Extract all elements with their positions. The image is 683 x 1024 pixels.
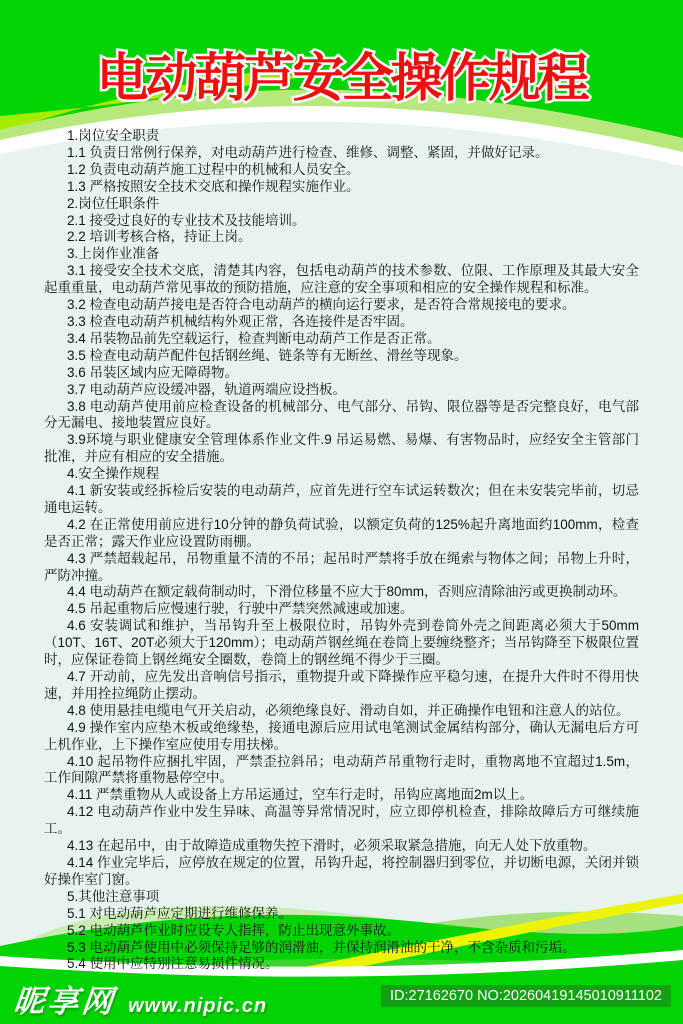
regulation-paragraph: 3.7 电动葫芦应设缓冲器，轨道两端应设挡板。 — [44, 382, 639, 399]
nipic-logo: 昵享网 — [12, 976, 119, 1021]
regulation-paragraph: 4.13 在起吊中，由于故障造成重物失控下滑时，必须采取紧急措施，向无人处下放重… — [44, 838, 639, 855]
regulation-paragraph: 5.2 电动葫芦作业时应设专人指挥，防止出现意外事故。 — [44, 923, 639, 940]
regulation-paragraph: 4.6 安装调试和维护，当吊钩升至上极限位时，吊钩外壳到卷筒外壳之间距离必须大于… — [44, 618, 639, 669]
regulation-paragraph: 4.4 电动葫芦在额定载荷制动时，下滑位移量不应大于80mm，否则应清除油污或更… — [44, 584, 639, 601]
regulation-paragraph: 4.11 严禁重物从人或设备上方吊运通过，空车行走时，吊钩应离地面2m以上。 — [44, 787, 639, 804]
nipic-url: www.nipic.cn — [128, 995, 267, 1018]
regulation-paragraph: 4.8 使用悬挂电缆电气开关启动，必须绝缘良好、滑动自如，并正确操作电钮和注意人… — [44, 703, 639, 720]
regulation-paragraph: 4.3 严禁超载起吊，吊物重量不清的不吊；起吊时严禁将手放在绳索与物体之间；吊物… — [44, 551, 639, 585]
safety-regulations-poster: 电动葫芦安全操作规程 1.岗位安全职责1.1 负责日常例行保养，对电动葫芦进行检… — [0, 0, 683, 1024]
regulation-paragraph: 3.4 吊装物品前先空载运行，检查判断电动葫芦工作是否正常。 — [44, 331, 639, 348]
regulation-paragraph: 2.2 培训考核合格，持证上岗。 — [44, 229, 639, 246]
regulation-paragraph: 4.2 在正常使用前应进行10分钟的静负荷试验，以额定负荷的125%起升离地面约… — [44, 517, 639, 551]
regulation-paragraph: 1.3 严格按照安全技术交底和操作规程实施作业。 — [44, 179, 639, 196]
regulation-paragraph: 4.5 吊起重物后应慢速行驶，行驶中严禁突然减速或加速。 — [44, 601, 639, 618]
regulation-paragraph: 3.5 检查电动葫芦配件包括钢丝绳、链条等有无断丝、滑丝等现象。 — [44, 348, 639, 365]
regulation-paragraph: 2.岗位任职条件 — [44, 196, 639, 213]
regulation-paragraph: 3.2 检查电动葫芦接电是否符合电动葫芦的横向运行要求，是否符合常规接电的要求。 — [44, 297, 639, 314]
regulation-paragraph: 3.6 吊装区域内应无障碍物。 — [44, 365, 639, 382]
regulation-paragraph: 1.1 负责日常例行保养，对电动葫芦进行检查、维修、调整、紧固，并做好记录。 — [44, 145, 639, 162]
regulation-paragraph: 5.3 电动葫芦使用中必须保持足够的润滑油，并保持润滑油的干净，不含杂质和污垢。 — [44, 940, 639, 957]
regulation-paragraph: 1.2 负责电动葫芦施工过程中的机械和人员安全。 — [44, 162, 639, 179]
regulation-paragraph: 3.3 检查电动葫芦机械结构外观正常，各连接件是否牢固。 — [44, 314, 639, 331]
regulation-paragraph: 4.1 新安装或经拆检后安装的电动葫芦，应首先进行空车试运转数次；但在未安装完毕… — [44, 483, 639, 517]
regulation-paragraph: 4.7 开动前，应先发出音响信号指示，重物提升或下降操作应平稳匀速，在提升大件时… — [44, 669, 639, 703]
regulation-paragraph: 3.上岗作业准备 — [44, 246, 639, 263]
regulation-paragraph: 5.其他注意事项 — [44, 889, 639, 906]
regulation-paragraph: 3.8 电动葫芦使用前应检查设备的机械部分、电气部分、吊钩、限位器等是否完整良好… — [44, 399, 639, 433]
regulation-paragraph: 5.1 对电动葫芦应定期进行维修保养。 — [44, 906, 639, 923]
regulation-paragraph: 5.4 使用中应特别注意易损件情况。 — [44, 956, 639, 973]
nipic-watermark: 昵享网 www.nipic.cn — [14, 976, 267, 1012]
regulation-paragraph: 2.1 接受过良好的专业技术及技能培训。 — [44, 213, 639, 230]
regulation-paragraph: 4.12 电动葫芦作业中发生异味、高温等异常情况时，应立即停机检查，排除故障后方… — [44, 804, 639, 838]
regulation-paragraph: 4.安全操作规程 — [44, 466, 639, 483]
regulation-paragraph: 1.岗位安全职责 — [44, 128, 639, 145]
regulation-paragraph: 4.10 起吊物件应捆扎牢固，严禁歪拉斜吊；电动葫芦吊重物行走时，重物离地不宜超… — [44, 754, 639, 788]
regulation-paragraph: 4.9 操作室内应垫木板或绝缘垫，接通电源后应用试电笔测试金属结构部分，确认无漏… — [44, 720, 639, 754]
poster-title: 电动葫芦安全操作规程 — [0, 36, 683, 111]
image-id-badge: ID:27162670 NO:20260419145010911102 — [381, 985, 671, 1007]
regulation-paragraph: 3.1 接受安全技术交底，清楚其内容，包括电动葫芦的技术参数、位限、工作原理及其… — [44, 263, 639, 297]
regulation-paragraph: 3.9环境与职业健康安全管理体系作业文件.9 吊运易燃、易爆、有害物品时，应经安… — [44, 432, 639, 466]
regulation-paragraph: 4.14 作业完毕后，应停放在规定的位置，吊钩升起，将控制器归到零位，并切断电源… — [44, 855, 639, 889]
regulations-text: 1.岗位安全职责1.1 负责日常例行保养，对电动葫芦进行检查、维修、调整、紧固，… — [44, 128, 639, 973]
